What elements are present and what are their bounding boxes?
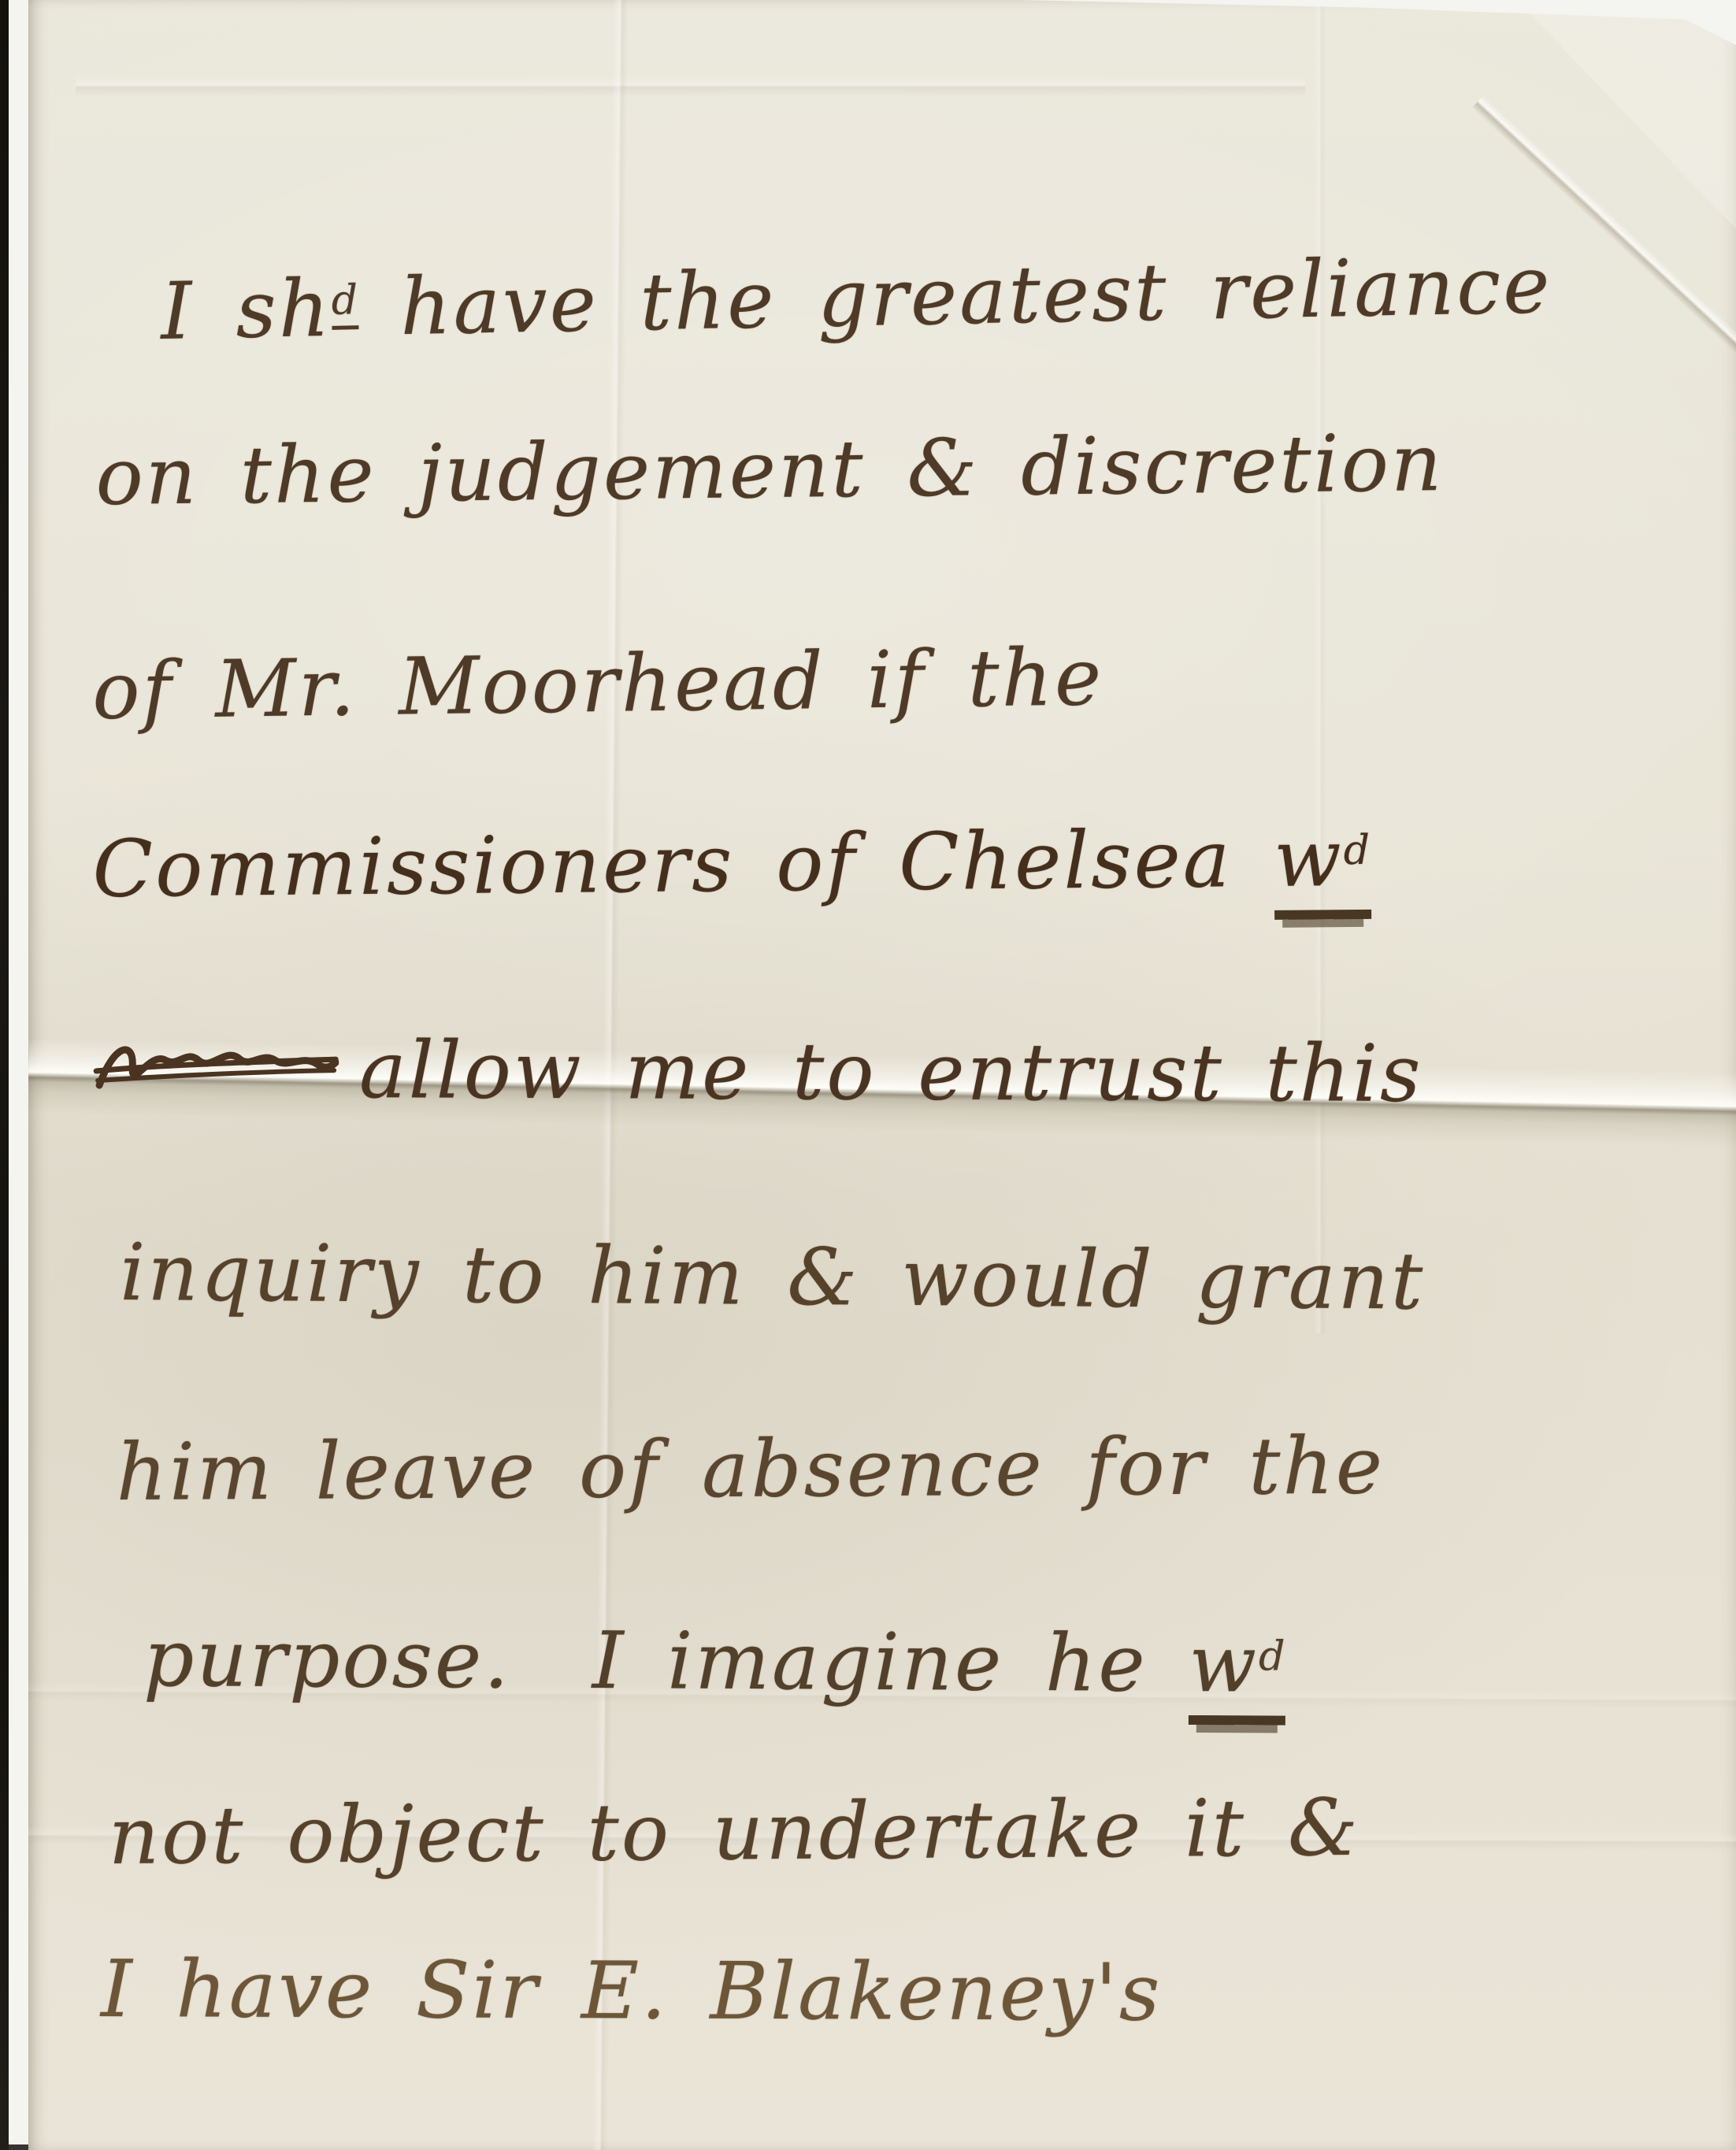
letter-line-9: not object to undertake it & — [108, 1789, 1360, 1876]
letter-text-segment: I sh — [160, 262, 332, 358]
letter-text-segment: I have Sir E. Blakeney's — [101, 1943, 1163, 2039]
letter-text-segment: of Mr. Moorhead if the — [91, 631, 1104, 737]
letter-line-7: him leave of absence for the — [116, 1427, 1385, 1512]
letter-text-segment: him leave of absence for the — [116, 1420, 1385, 1518]
handwritten-text-block: I shd have the greatest relianceon the j… — [0, 0, 1736, 2150]
letter-text-segment: w — [1274, 812, 1345, 905]
letter-text-segment: w — [1189, 1618, 1259, 1710]
scanned-letter-page: I shd have the greatest relianceon the j… — [0, 0, 1736, 2150]
superscript-letter: d — [1259, 1633, 1286, 1680]
letter-line-2: on the judgement & discretion — [95, 424, 1445, 517]
letter-line-8: purpose. I imagine he wd — [143, 1619, 1286, 1704]
letter-text-segment: Commissioners of Chelsea — [92, 813, 1274, 915]
letter-line-5: allow me to entrust this — [93, 1030, 1423, 1114]
letter-line-1: I shd have the greatest reliance — [160, 246, 1552, 351]
letter-text-segment: not object to undertake it & — [108, 1781, 1360, 1882]
letter-line-6: inquiry to him & would grant — [120, 1233, 1426, 1322]
letter-line-4: Commissioners of Chelsea wd — [92, 819, 1371, 909]
letter-line-10: I have Sir E. Blakeney's — [101, 1950, 1163, 2033]
letter-text-segment: on the judgement & discretion — [95, 417, 1445, 523]
abbreviation-underlined: wd — [1274, 812, 1371, 920]
letter-text-segment: purpose. I imagine he — [143, 1612, 1189, 1710]
letter-text-segment: have the greatest reliance — [358, 239, 1552, 354]
superscript-letter: d — [1343, 827, 1371, 874]
abbreviation-underlined: wd — [1189, 1618, 1286, 1726]
letter-line-3: of Mr. Moorhead if the — [92, 638, 1104, 731]
letter-text-segment: inquiry to him & would grant — [120, 1226, 1426, 1328]
superscript-letter: d — [331, 276, 359, 330]
letter-text-segment: allow me to entrust this — [359, 1024, 1423, 1120]
scribbled-out-word — [93, 1030, 339, 1110]
